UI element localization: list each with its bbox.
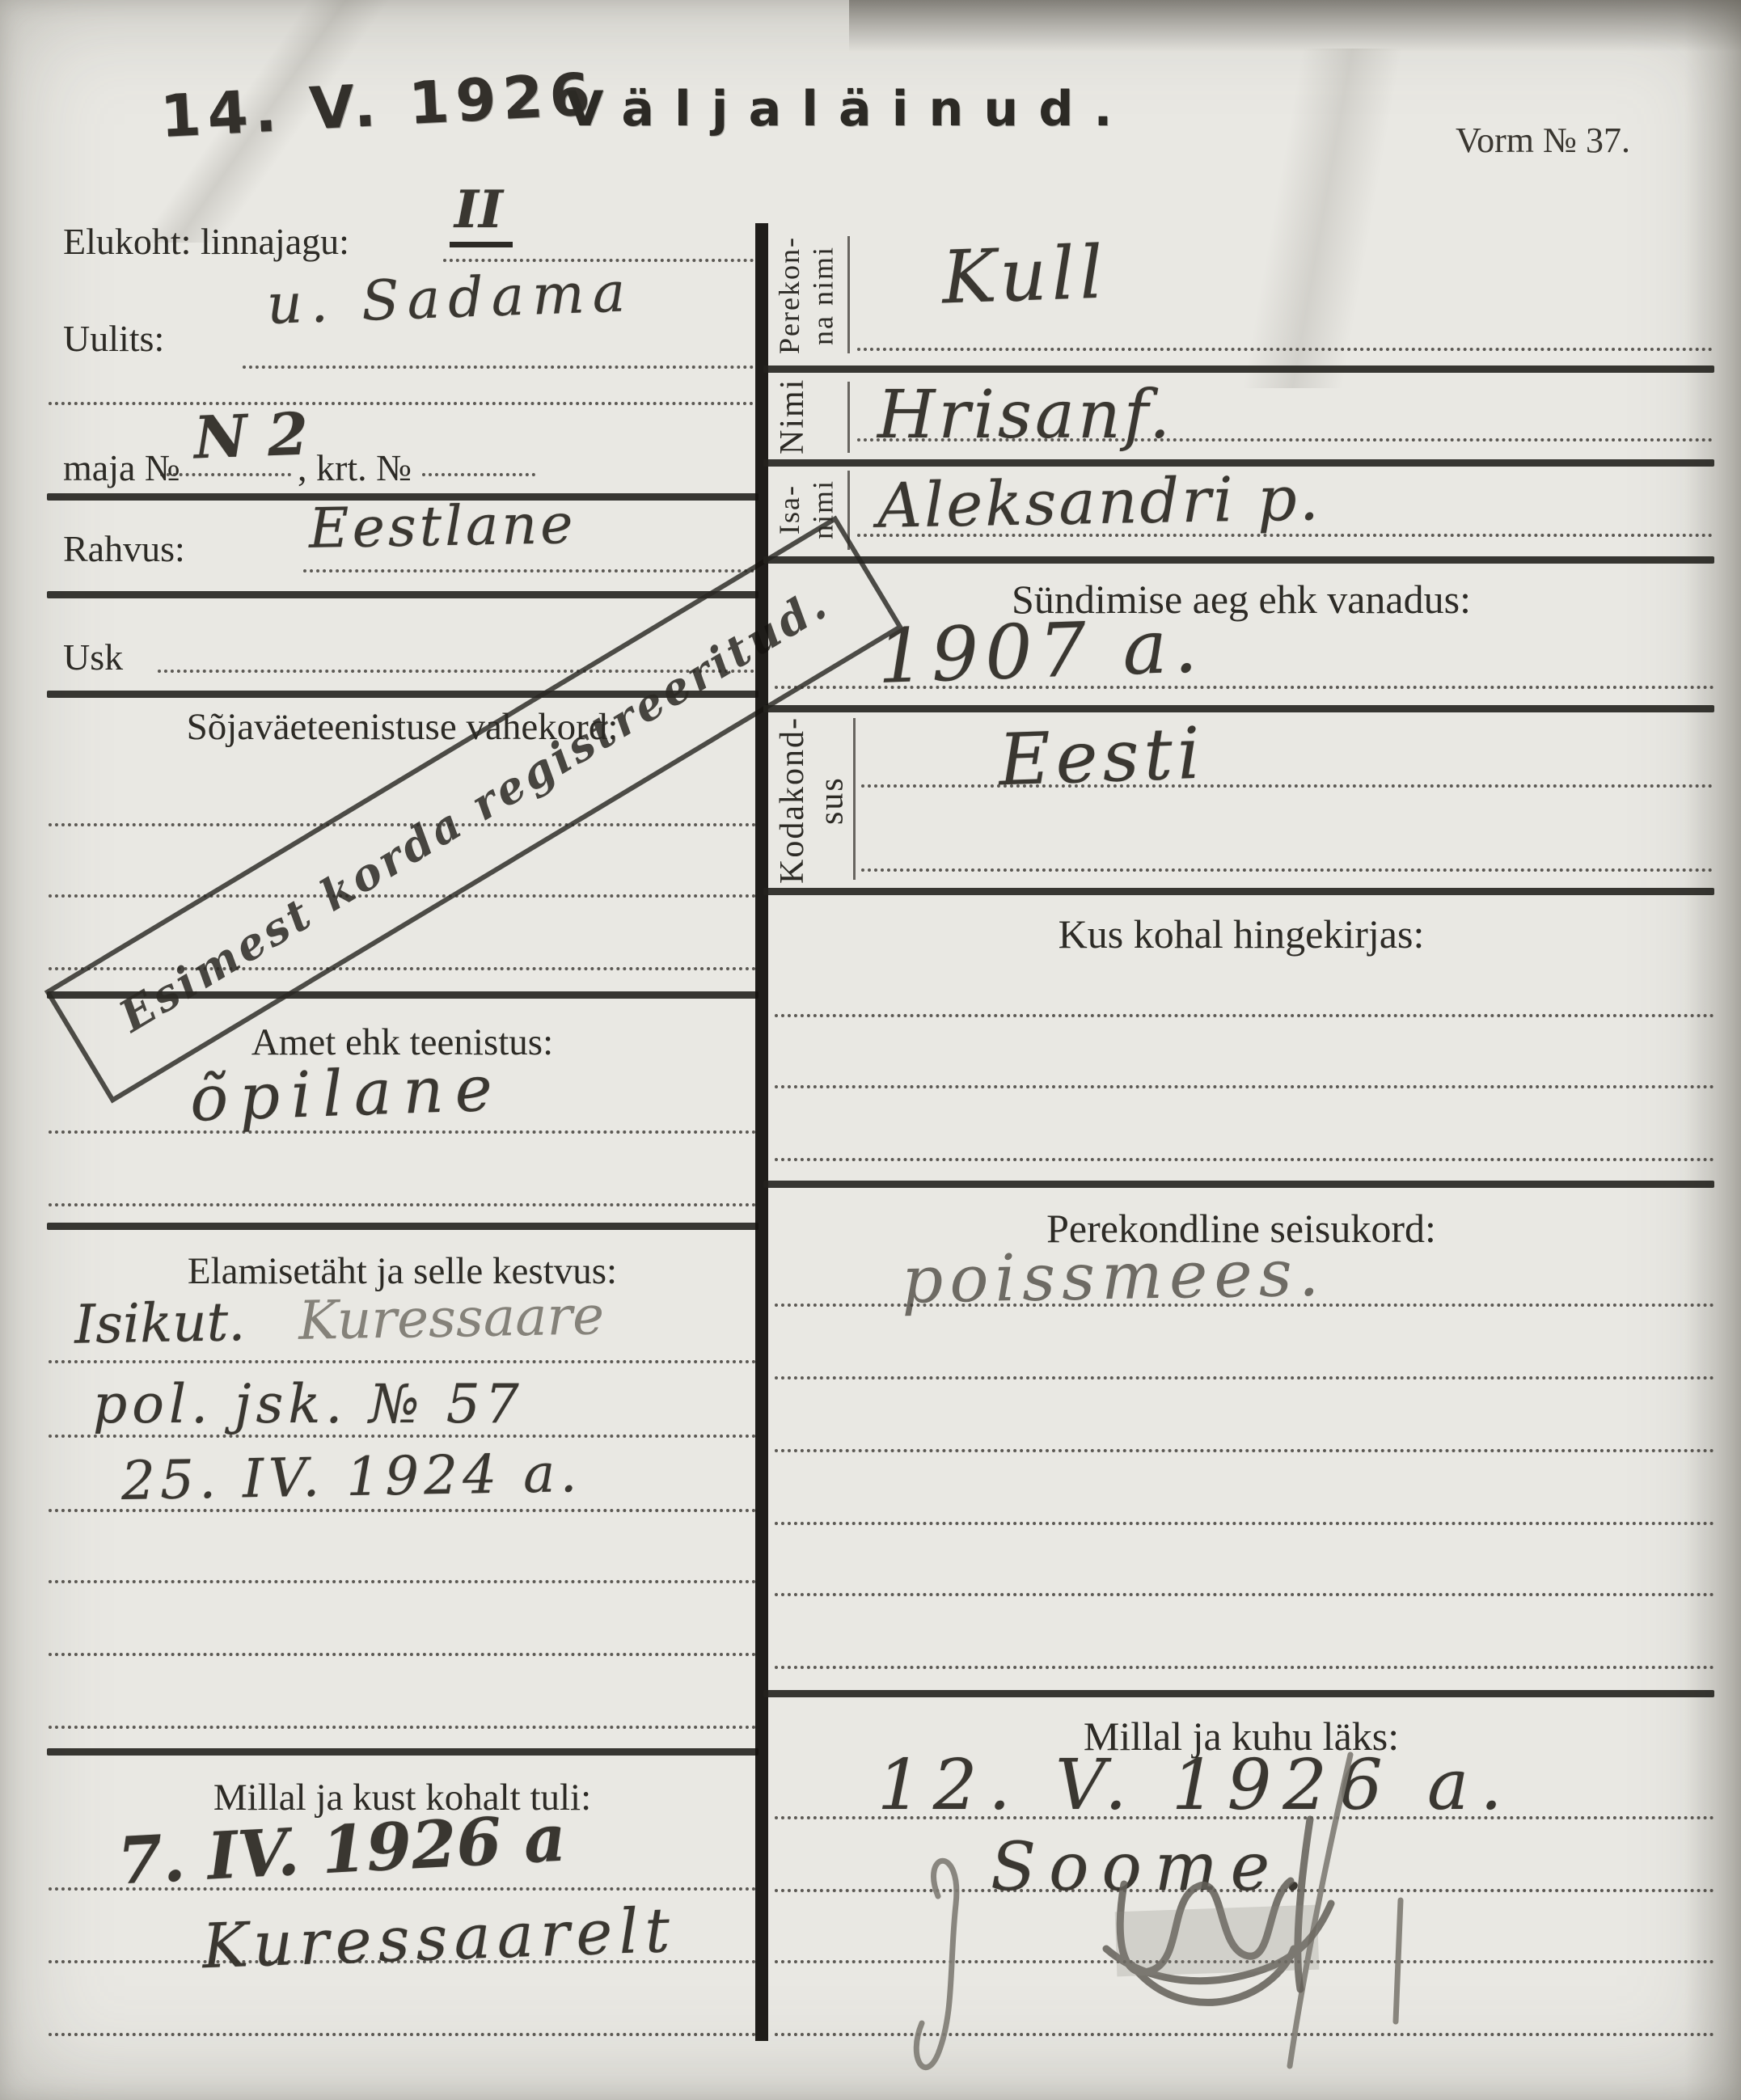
dotted-line <box>49 1580 756 1583</box>
maja-label: maja № <box>63 446 180 489</box>
dotted-line <box>857 348 1713 351</box>
section-rule <box>47 1748 759 1756</box>
elamisetaht-line3: 25. IV. 1924 a. <box>120 1442 582 1512</box>
dotted-line <box>861 784 1713 788</box>
section-rule <box>47 591 759 598</box>
dotted-line <box>861 868 1713 872</box>
scanned-form: 14. V. 1926 Väljaläinud. Vorm № 37. Eluk… <box>0 0 1741 2100</box>
dotted-line <box>49 1435 756 1438</box>
nimi-value: Hrisanf. <box>877 377 1173 454</box>
dotted-line <box>857 534 1713 537</box>
nimi-label: Nimi <box>773 380 812 454</box>
perekonnanimi-label: Perekon- na nimi <box>773 233 840 358</box>
dotted-line <box>775 1376 1714 1380</box>
isanimi-value: Aleksandri p. <box>877 462 1321 542</box>
dotted-line <box>49 1203 756 1206</box>
tuli-value-place: Kuressaarelt <box>201 1894 678 1982</box>
rahvus-label: Rahvus: <box>63 527 185 570</box>
krt-label: , krt. № <box>298 446 412 489</box>
uulits-value: u. Sadama <box>266 260 635 337</box>
dotted-line <box>49 1960 756 1963</box>
signature-scrawl <box>857 1722 1472 2078</box>
dotted-line <box>49 402 754 405</box>
kodakondsus-value: Eesti <box>997 712 1206 802</box>
maja-value: N 2 <box>193 399 310 472</box>
isanimi-label: Isa- nimi <box>773 469 840 550</box>
usk-label: Usk <box>63 636 123 678</box>
elukoht-value: II <box>450 180 513 247</box>
elukoht-label: Elukoht: linnajagu: <box>63 220 349 263</box>
rahvus-value: Eestlane <box>308 492 577 561</box>
form-number: Vorm № 37. <box>1456 120 1630 161</box>
dotted-line <box>857 438 1713 442</box>
section-rule <box>47 1223 759 1230</box>
page-title: Väljaläinud. <box>566 81 1132 137</box>
elamisetaht-line1: Isikut. Kuressaare <box>74 1284 604 1355</box>
registration-stamp-text: Esimest korda registreeritud. <box>110 577 837 1042</box>
uulits-label: Uulits: <box>63 317 164 360</box>
dotted-line <box>49 1360 756 1363</box>
dotted-line <box>775 1666 1714 1669</box>
elamisetaht-line2: pol. jsk. № 57 <box>93 1373 524 1435</box>
dotted-line <box>422 473 535 476</box>
field-divider <box>847 471 850 550</box>
dotted-line <box>49 1130 756 1134</box>
dotted-line <box>49 1887 756 1891</box>
dotted-line <box>303 569 754 573</box>
elamisetaht-heading: Elamisetäht ja selle kestvus: <box>49 1249 756 1293</box>
section-rule <box>763 705 1714 712</box>
dotted-line <box>160 473 291 476</box>
field-divider <box>847 236 850 353</box>
dotted-line <box>775 1014 1714 1017</box>
dotted-line <box>49 1653 756 1656</box>
dotted-line <box>775 1522 1714 1525</box>
kodakondsus-label: Kodakond- sus <box>773 716 851 885</box>
field-divider <box>853 718 856 880</box>
amet-value: õpilane <box>189 1052 505 1135</box>
section-rule <box>763 888 1714 895</box>
dotted-line <box>49 1509 756 1512</box>
dotted-line <box>775 1449 1714 1452</box>
elamisetaht-line1-ink: Isikut. <box>74 1291 245 1356</box>
hingekirjas-heading: Kus kohal hingekirjas: <box>768 911 1714 957</box>
field-divider <box>847 382 850 453</box>
section-rule <box>763 1181 1714 1188</box>
date-received-stamp: 14. V. 1926 <box>158 60 598 150</box>
section-rule <box>763 556 1714 564</box>
perekonnanimi-value: Kull <box>940 230 1109 320</box>
crease-right-edge <box>1684 0 1741 2100</box>
dotted-line <box>243 365 754 369</box>
dotted-line <box>49 2033 756 2036</box>
dotted-line <box>775 686 1714 689</box>
dotted-line <box>775 1085 1714 1088</box>
section-rule <box>763 365 1714 373</box>
dotted-line <box>49 1726 756 1729</box>
dotted-line <box>775 1593 1714 1596</box>
section-rule <box>763 1690 1714 1697</box>
dotted-line <box>775 1158 1714 1161</box>
elamisetaht-line1-pencil: Kuressaare <box>298 1284 604 1352</box>
dotted-line <box>775 1304 1714 1307</box>
tear-shadow-top <box>849 0 1741 65</box>
column-divider <box>755 223 768 2041</box>
